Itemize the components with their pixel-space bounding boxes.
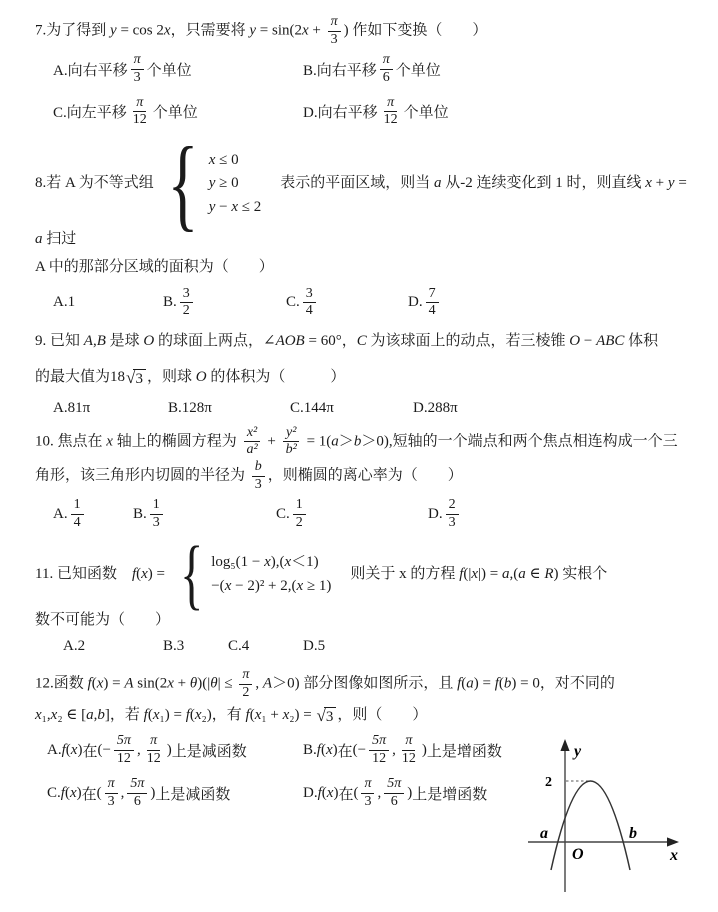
math-run: a <box>86 707 94 723</box>
text-run: 为该球面上的动点，若三棱锥 <box>367 333 570 349</box>
x-axis-label: x <box>669 847 678 864</box>
question-7: 7.为了得到 y = cos 2x，只需要将 y = sin(2x + π3) … <box>35 14 698 129</box>
option-item: D.向右平移 π12 个单位 <box>303 95 553 129</box>
math-run: ) = 0 <box>511 676 539 692</box>
math-run: a <box>434 175 442 191</box>
math-fraction: π2 <box>239 668 252 700</box>
text-run: C. <box>276 506 290 523</box>
question-line: x₁,x₂ ∈ [a,b]，若 f(x₁) = f(x₂)，有 f(x₁ + x… <box>35 702 698 730</box>
option-item: A.2 <box>63 638 163 655</box>
math-run: ₂) <box>202 707 212 723</box>
text-run: ，对不同的 <box>540 676 615 692</box>
math-run: x <box>231 199 238 215</box>
text-run: 轴上的椭圆方程为 <box>113 433 241 449</box>
question-11: 11. 已知函数 f(x) = {log₅(1 − x),(x＜1)−(x − … <box>35 542 698 656</box>
text-run: A. <box>53 400 68 417</box>
math-run: + <box>309 23 325 39</box>
math-fraction: 5π6 <box>384 777 404 809</box>
text-run: 是球 <box>106 333 144 349</box>
math-run: y <box>110 23 117 39</box>
math-run: )(| <box>197 676 210 692</box>
option-item: C. 34 <box>286 286 408 320</box>
math-run: x <box>302 23 309 39</box>
math-fraction: b3 <box>252 460 265 492</box>
text-run: 在 <box>82 783 97 804</box>
sine-curve <box>551 781 630 870</box>
math-run: a <box>502 566 510 582</box>
math-run: AOB <box>276 333 305 349</box>
math-run: ( <box>353 785 358 802</box>
math-run: , <box>137 742 141 759</box>
math-run: x <box>167 676 174 692</box>
math-run: ₂ ∈ [ <box>57 707 86 723</box>
y-axis-arrow-icon <box>560 739 569 751</box>
cases-row: y ≥ 0 <box>209 174 262 193</box>
math-run: x <box>35 707 42 723</box>
math-run: 81π <box>68 400 91 417</box>
math-fraction: 5π6 <box>127 777 147 809</box>
math-run: O <box>196 369 207 385</box>
option-item: D. f(x) 在 (π3,5π6) 上是增函数 <box>303 776 559 810</box>
math-run: ∈ <box>526 566 545 582</box>
math-fraction: π3 <box>131 53 144 85</box>
text-run: 扫过 <box>43 231 77 247</box>
math-run: 128π <box>182 400 212 417</box>
math-fraction: π12 <box>130 96 150 128</box>
text-run: 数不可能为（ ） <box>35 612 170 628</box>
math-run: ≥ 1) <box>303 578 331 594</box>
q12-figure: y x O a b 2 <box>524 738 700 908</box>
text-run: A. <box>53 506 68 523</box>
math-sqrt: √3 <box>126 369 146 388</box>
text-run: 角形，该三角形内切圆的半径为 <box>35 468 249 484</box>
question-line: 数不可能为（ ） <box>35 607 698 635</box>
question-9: 9. 已知 A,B 是球 O 的球面上两点，∠AOB = 60°，C 为该球面上… <box>35 328 698 417</box>
math-run: ) = <box>148 566 169 582</box>
text-run: D.5 <box>303 638 325 655</box>
text-run: C. <box>290 400 304 417</box>
math-fraction: π6 <box>380 53 393 85</box>
text-run: ,短轴的一个端点和两个焦点相连构成一个三 <box>389 433 678 449</box>
text-run: 部分图像如图所示，且 <box>300 676 458 692</box>
math-run: ) = <box>474 676 495 692</box>
option-item: A.向右平移 π3 个单位 <box>53 52 303 86</box>
math-run: , <box>392 742 396 759</box>
question-list: 7.为了得到 y = cos 2x，只需要将 y = sin(2x + π3) … <box>35 14 698 810</box>
question-line: 的最大值为18√3，则球 O 的体积为（ ） <box>35 364 698 392</box>
math-run: C <box>357 333 367 349</box>
question-line: 9. 已知 A,B 是球 O 的球面上两点，∠AOB = 60°，C 为该球面上… <box>35 328 698 356</box>
math-run: a <box>466 676 474 692</box>
math-fraction: π12 <box>399 734 419 766</box>
text-run: 的球面上两点， <box>154 333 263 349</box>
math-run: ₁ + <box>261 707 282 723</box>
math-run: ＞0) <box>361 433 389 449</box>
math-run: ₁, <box>42 707 51 723</box>
math-run: sin(2 <box>134 676 168 692</box>
text-run: ， <box>342 333 357 349</box>
text-run: 上是减函数 <box>155 783 230 804</box>
math-run: ＜1) <box>291 554 319 570</box>
math-fraction: 5π12 <box>369 734 389 766</box>
cases-row: y − x ≤ 2 <box>209 198 262 217</box>
text-run: A. <box>47 742 62 759</box>
brace-icon: { <box>180 544 203 605</box>
math-run: A <box>124 676 133 692</box>
math-run: O <box>143 333 154 349</box>
math-run: ) = <box>103 676 124 692</box>
math-run: x <box>327 785 334 802</box>
text-run: D. <box>428 506 443 523</box>
math-run: log₅(1 − <box>211 554 264 570</box>
options-row: A.14B.13C.12D.23 <box>53 497 698 531</box>
math-run: y <box>249 23 256 39</box>
option-item: A. 81π <box>53 400 168 417</box>
math-run: |) = <box>478 566 502 582</box>
math-sqrt: √3 <box>316 707 336 726</box>
option-item: C. f(x) 在 (π3,5π6) 上是减函数 <box>47 776 303 810</box>
option-item: B.3 <box>163 638 228 655</box>
math-run: ₂) = <box>289 707 315 723</box>
math-run: 288π <box>428 400 458 417</box>
text-run: B.向右平移 <box>303 59 377 80</box>
math-run: − <box>215 199 231 215</box>
math-run: 18 <box>110 369 125 385</box>
text-run: 上是增函数 <box>427 740 502 761</box>
option-item: B.13 <box>133 497 276 531</box>
text-run: 9. 已知 <box>35 333 84 349</box>
text-run: 上是减函数 <box>172 740 247 761</box>
point-a-label: a <box>540 825 548 842</box>
exam-page: 7.为了得到 y = cos 2x，只需要将 y = sin(2x + π3) … <box>0 0 718 912</box>
text-run: C.向左平移 <box>53 101 127 122</box>
math-run: ( <box>97 785 102 802</box>
text-run: 上是增函数 <box>412 783 487 804</box>
brace-icon: { <box>167 143 198 224</box>
math-run: −( <box>211 578 224 594</box>
text-run: A.1 <box>53 294 75 311</box>
math-run: ＞0) <box>272 676 300 692</box>
text-run: 8.若 A 为不等式组 <box>35 175 154 191</box>
text-run: D. <box>408 294 423 311</box>
math-fraction: 13 <box>150 498 163 530</box>
math-fraction: π12 <box>381 96 401 128</box>
text-run: C. <box>286 294 300 311</box>
math-fraction: π3 <box>328 15 341 47</box>
text-run: B. <box>168 400 182 417</box>
text-run: D.向右平移 <box>303 101 378 122</box>
math-run: ,( <box>510 566 519 582</box>
math-run: , <box>121 785 125 802</box>
option-item: B. 32 <box>163 286 286 320</box>
y-axis-label: y <box>572 743 582 760</box>
text-run: 表示的平面区域，则当 <box>265 175 434 191</box>
math-run: , <box>377 785 381 802</box>
text-run: 从-2 连续变化到 1 时，则直线 <box>442 175 646 191</box>
text-run: C.4 <box>228 638 249 655</box>
cases-row: x ≤ 0 <box>209 151 262 170</box>
question-10: 10. 焦点在 x 轴上的椭圆方程为 x²a² + y²b² = 1(a＞b＞0… <box>35 425 698 532</box>
text-run: 的体积为（ ） <box>207 369 346 385</box>
option-item: C. 144π <box>290 400 413 417</box>
text-run: 作如下变换（ ） <box>349 23 488 39</box>
math-fraction: x²a² <box>243 426 260 458</box>
math-run: x <box>264 554 271 570</box>
options-row: A.2B.3C.4D.5 <box>63 638 698 655</box>
math-run: O <box>569 333 580 349</box>
text-run: D. <box>303 785 318 802</box>
options-row: A.1B. 32C. 34D. 74 <box>53 286 698 320</box>
math-fraction: 12 <box>293 498 306 530</box>
math-run: = <box>675 175 687 191</box>
math-run: b <box>97 707 105 723</box>
math-run: B <box>97 333 106 349</box>
peak-value-label: 2 <box>545 775 552 790</box>
text-run: 7.为了得到 <box>35 23 110 39</box>
math-run: R <box>544 566 553 582</box>
text-run: ，只需要将 <box>171 23 250 39</box>
text-run: ，则（ ） <box>337 707 427 723</box>
text-run: B. <box>133 506 147 523</box>
option-item: A.14 <box>53 497 133 531</box>
math-fraction: 5π12 <box>114 734 134 766</box>
text-run: 体积 <box>624 333 658 349</box>
math-fraction: π12 <box>144 734 164 766</box>
math-run: θ <box>210 676 217 692</box>
math-cases: {x ≤ 0y ≥ 0y − x ≤ 2 <box>158 143 261 224</box>
option-item: A. f(x) 在 (−5π12,π12) 上是减函数 <box>47 733 303 767</box>
math-cases: {log₅(1 − x),(x＜1)−(x − 2)² + 2,(x ≥ 1) <box>173 544 332 605</box>
math-fraction: y²b² <box>283 426 300 458</box>
math-run: + <box>264 433 280 449</box>
text-run: 个单位 <box>396 59 441 80</box>
x-axis-arrow-icon <box>667 837 679 846</box>
option-item: C.4 <box>228 638 303 655</box>
text-run: 在 <box>338 783 353 804</box>
text-run: 12.函数 <box>35 676 88 692</box>
math-run: A <box>263 676 272 692</box>
math-run: a <box>518 566 526 582</box>
text-run: 个单位 <box>404 101 449 122</box>
text-run: 的最大值为 <box>35 369 110 385</box>
math-run: a <box>331 433 339 449</box>
text-run: B.3 <box>163 638 184 655</box>
math-run: − <box>580 333 596 349</box>
option-item: B. f(x) 在 (−5π12,π12) 上是增函数 <box>303 733 559 767</box>
text-run: 则关于 x 的方程 <box>335 566 459 582</box>
math-run: + <box>174 676 190 692</box>
math-fraction: 14 <box>71 498 84 530</box>
question-line: 角形，该三角形内切圆的半径为 b3，则椭圆的离心率为（ ） <box>35 459 698 493</box>
question-line: 10. 焦点在 x 轴上的椭圆方程为 x²a² + y²b² = 1(a＞b＞0… <box>35 425 698 459</box>
option-item: B. 128π <box>168 400 290 417</box>
math-run: + <box>652 175 668 191</box>
question-line: 8.若 A 为不等式组{x ≤ 0y ≥ 0y − x ≤ 2 表示的平面区域，… <box>35 141 698 254</box>
text-run: C. <box>47 785 61 802</box>
math-run: x <box>153 707 160 723</box>
text-run: 10. 焦点在 <box>35 433 106 449</box>
math-run: x <box>70 785 77 802</box>
option-item: B.向右平移 π6 个单位 <box>303 52 553 86</box>
text-run: 在 <box>82 740 97 761</box>
origin-label: O <box>572 846 584 863</box>
math-run: ABC <box>596 333 624 349</box>
math-run: ),( <box>271 554 285 570</box>
math-run: = 60° <box>305 333 342 349</box>
option-item: D.5 <box>303 638 325 655</box>
math-run: x <box>645 175 652 191</box>
option-item: D. 74 <box>408 286 442 320</box>
math-run: x <box>106 433 113 449</box>
option-item: D.23 <box>428 497 462 531</box>
math-run: ₁) = <box>160 707 186 723</box>
math-run: x <box>71 742 78 759</box>
math-run: x <box>141 566 148 582</box>
math-fraction: 34 <box>303 287 316 319</box>
text-run: ，则椭圆的离心率为（ ） <box>268 468 463 484</box>
math-fraction: 74 <box>426 287 439 319</box>
math-run: x <box>164 23 171 39</box>
text-run: ，有 <box>212 707 246 723</box>
math-run: x <box>326 742 333 759</box>
math-run: a <box>35 231 43 247</box>
options-row: A.向右平移 π3 个单位B.向右平移 π6 个单位C.向左平移 π12 个单位… <box>53 52 593 129</box>
text-run: B. <box>163 294 177 311</box>
math-run: = sin(2 <box>256 23 302 39</box>
option-item: A.1 <box>53 294 163 311</box>
math-run: 144π <box>304 400 334 417</box>
text-run: 11. 已知函数 <box>35 566 132 582</box>
math-run: A <box>84 333 93 349</box>
text-run: D. <box>413 400 428 417</box>
text-run: ，则球 <box>147 369 196 385</box>
math-run: ＞ <box>339 433 354 449</box>
math-run: , <box>255 676 263 692</box>
option-item: C.向左平移 π12 个单位 <box>53 95 303 129</box>
options-row: A. 81πB. 128πC. 144πD. 288π <box>53 400 698 417</box>
text-run: 在 <box>338 740 353 761</box>
math-run: ≤ 2 <box>238 199 261 215</box>
text-run: ，若 <box>110 707 144 723</box>
math-run: = cos 2 <box>117 23 164 39</box>
cases-row: log₅(1 − x),(x＜1) <box>211 553 331 572</box>
point-b-label: b <box>629 825 637 842</box>
text-run: A.向右平移 <box>53 59 128 80</box>
text-run: 实根个 <box>559 566 608 582</box>
text-run: 个单位 <box>153 101 198 122</box>
math-run: = 1( <box>303 433 331 449</box>
options-row: A. f(x) 在 (−5π12,π12) 上是减函数B. f(x) 在 (−5… <box>47 733 577 810</box>
text-run: A.2 <box>63 638 85 655</box>
math-fraction: π3 <box>361 777 374 809</box>
math-run: (− <box>97 742 110 759</box>
option-item: C.12 <box>276 497 428 531</box>
question-line: 12.函数 f(x) = A sin(2x + θ)(|θ| ≤ π2, A＞0… <box>35 667 698 701</box>
question-8: 8.若 A 为不等式组{x ≤ 0y ≥ 0y − x ≤ 2 表示的平面区域，… <box>35 141 698 320</box>
math-run: | ≤ <box>218 676 237 692</box>
question-line: A 中的那部分区域的面积为（ ） <box>35 254 698 282</box>
math-run: ∠ <box>263 333 276 349</box>
math-run: y <box>668 175 675 191</box>
math-run: − 2)² + 2,( <box>231 578 296 594</box>
math-fraction: π3 <box>105 777 118 809</box>
cases-row: −(x − 2)² + 2,(x ≥ 1) <box>211 577 331 596</box>
text-run: B. <box>303 742 317 759</box>
math-run: ≥ 0 <box>215 175 238 191</box>
math-fraction: 32 <box>180 287 193 319</box>
math-run: x <box>195 707 202 723</box>
math-run: ≤ 0 <box>215 152 238 168</box>
math-fraction: 23 <box>446 498 459 530</box>
text-run: A 中的那部分区域的面积为（ ） <box>35 259 274 275</box>
question-line: 11. 已知函数 f(x) = {log₅(1 − x),(x＜1)−(x − … <box>35 542 698 607</box>
question-line: 7.为了得到 y = cos 2x，只需要将 y = sin(2x + π3) … <box>35 14 698 48</box>
math-run: (− <box>353 742 366 759</box>
text-run: 个单位 <box>147 59 192 80</box>
option-item: D. 288π <box>413 400 458 417</box>
